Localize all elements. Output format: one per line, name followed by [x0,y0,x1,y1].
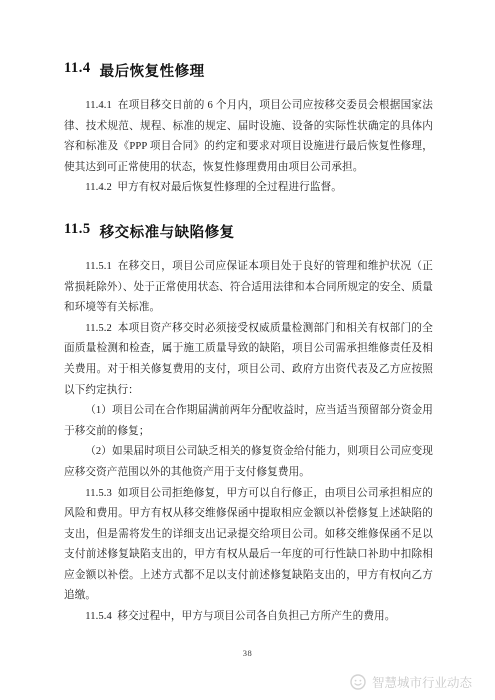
watermark: 智慧城市行业动态 [350,673,472,691]
paragraph: 11.4.1 在项目移交日前的 6 个月内，项目公司应按移交委员会根据国家法律、… [64,96,433,178]
page-number: 38 [0,648,495,658]
wechat-account-logo-icon [350,674,366,690]
paragraph: 11.5.1 在移交日，项目公司应保证本项目处于良好的管理和维护状况（正常损耗除… [64,257,433,319]
paragraph: 11.5.3 如项目公司拒绝修复，甲方可以自行修正，由项目公司承担相应的风险和费… [64,484,433,608]
watermark-text: 智慧城市行业动态 [372,673,472,691]
paragraph: 11.4.2 甲方有权对最后恢复性修理的全过程进行监督。 [64,178,433,199]
paragraph: （2）如果届时项目公司缺乏相关的修复资金给付能力，则项目公司应变现应移交资产范围… [64,442,433,483]
section-title: 移交标准与缺陷修复 [100,221,235,242]
section-number: 11.5 [64,221,91,242]
paragraph: （1）项目公司在合作期届满前两年分配收益时，应当适当预留部分资金用于移交前的修复… [64,401,433,442]
document-page: 11.4 最后恢复性修理 11.4.1 在项目移交日前的 6 个月内，项目公司应… [0,0,495,700]
paragraph: 11.5.2 本项目资产移交时必须接受权威质量检测部门和相关有权部门的全面质量检… [64,319,433,401]
section-title: 最后恢复性修理 [100,60,205,81]
document-content: 11.4 最后恢复性修理 11.4.1 在项目移交日前的 6 个月内，项目公司应… [64,60,433,628]
paragraph: 11.5.4 移交过程中，甲方与项目公司各自负担己方所产生的费用。 [64,607,433,628]
section-heading-11-5: 11.5 移交标准与缺陷修复 [64,221,433,242]
section-heading-11-4: 11.4 最后恢复性修理 [64,60,433,81]
section-number: 11.4 [64,60,91,81]
